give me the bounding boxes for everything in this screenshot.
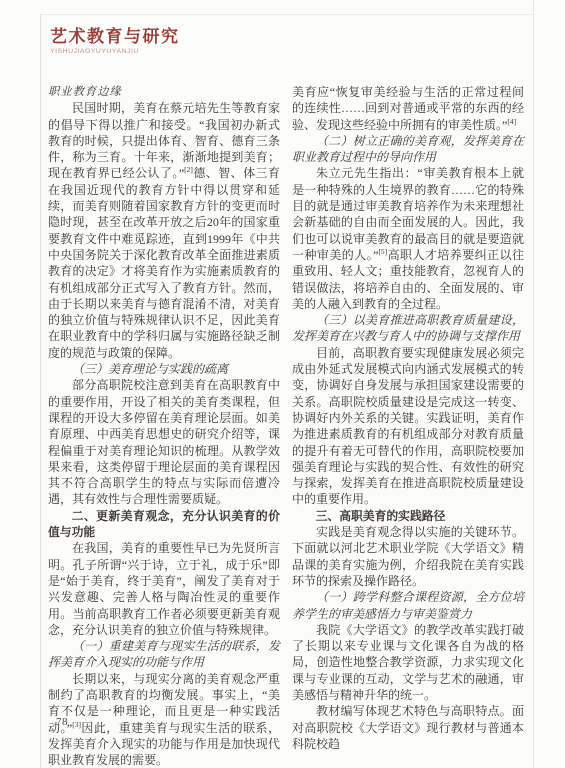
- paragraph: 教材编写体现艺术特色与高职特点。面对高职院校《大学语文》现行教材与普通本科院校趋: [292, 703, 524, 752]
- paragraph: 朱立元先生指出：“审美教育根本上就是一种特殊的人生境界的教育……它的特殊目的就是…: [292, 165, 524, 312]
- paragraph: 民国时期，美育在蔡元培先生等教育家的倡导下得以推广和接受。“我国初办新式教育的时…: [48, 100, 280, 361]
- paragraph: 实践是美育观念得以实施的关键环节。下面就以河北艺术职业学院《大学语文》精品课的美…: [292, 524, 524, 589]
- section-heading: 二、更新美育观念，充分认识美育的价值与功能: [48, 508, 280, 541]
- subsection-heading: （一）重建美育与现实生活的联系，发挥美育介入现实的功能与作用: [48, 638, 280, 671]
- page-number: 78: [56, 716, 68, 728]
- left-column: 职业教育边缘民国时期，美育在蔡元培先生等教育家的倡导下得以推广和接受。“我国初办…: [48, 84, 280, 768]
- journal-title-pinyin: YISHUJIAOYUYUYANJIU: [50, 48, 180, 55]
- paragraph: 部分高职院校注意到美育在高职教育中的重要作用，开设了相关的美育类课程，但课程的开…: [48, 377, 280, 507]
- citation-ref: [2]: [184, 165, 193, 174]
- right-column: 美育应“恢复审美经验与生活的正常过程间的连续性……回到对普通或平常的东西的经验、…: [292, 84, 524, 768]
- paragraph: 我院《大学语文》的教学改革实践打破了长期以来专业课与文化课各自为战的格局，创造性…: [292, 622, 524, 703]
- journal-page: 艺术教育与研究 YISHUJIAOYUYUYANJIU 职业教育边缘民国时期，美…: [0, 0, 565, 768]
- subsection-heading: （三）美育理论与实践的疏离: [48, 361, 280, 377]
- section-heading: 三、高职美育的实践路径: [292, 508, 524, 524]
- citation-ref: [3]: [72, 720, 81, 729]
- paragraph: 在我国，美育的重要性早已为先贤所言明。孔子所谓“兴于诗，立于礼，成于乐”即是“始…: [48, 540, 280, 638]
- page-edge-right: [533, 0, 534, 768]
- page-edge-top: [40, 14, 533, 15]
- journal-masthead: 艺术教育与研究 YISHUJIAOYUYUYANJIU: [50, 27, 180, 55]
- citation-ref: [5]: [378, 247, 387, 256]
- journal-title: 艺术教育与研究: [50, 27, 180, 47]
- paragraph: 美育应“恢复审美经验与生活的正常过程间的连续性……回到对普通或平常的东西的经验、…: [292, 84, 524, 133]
- subsection-heading: （三）以美育推进高职教育质量建设，发挥美育在兴教与育人中的协调与支撑作用: [292, 312, 524, 345]
- column-label: 职业教育边缘: [48, 84, 280, 100]
- citation-ref: [4]: [507, 117, 516, 126]
- subsection-heading: （一）跨学科整合课程资源，全方位培养学生的审美感悟力与审美鉴赏力: [292, 589, 524, 622]
- paragraph: 目前，高职教育要实现健康发展必须完成由外延式发展模式向内涵式发展模式的转变，协调…: [292, 345, 524, 508]
- article-body: 职业教育边缘民国时期，美育在蔡元培先生等教育家的倡导下得以推广和接受。“我国初办…: [48, 84, 524, 768]
- page-edge-left: [40, 14, 41, 768]
- paragraph: 长期以来，与现实分离的美育观念严重制约了高职教育的均衡发展。事实上，“美育不仅是…: [48, 671, 280, 768]
- subsection-heading: （二）树立正确的美育观，发挥美育在职业教育过程中的导向作用: [292, 133, 524, 166]
